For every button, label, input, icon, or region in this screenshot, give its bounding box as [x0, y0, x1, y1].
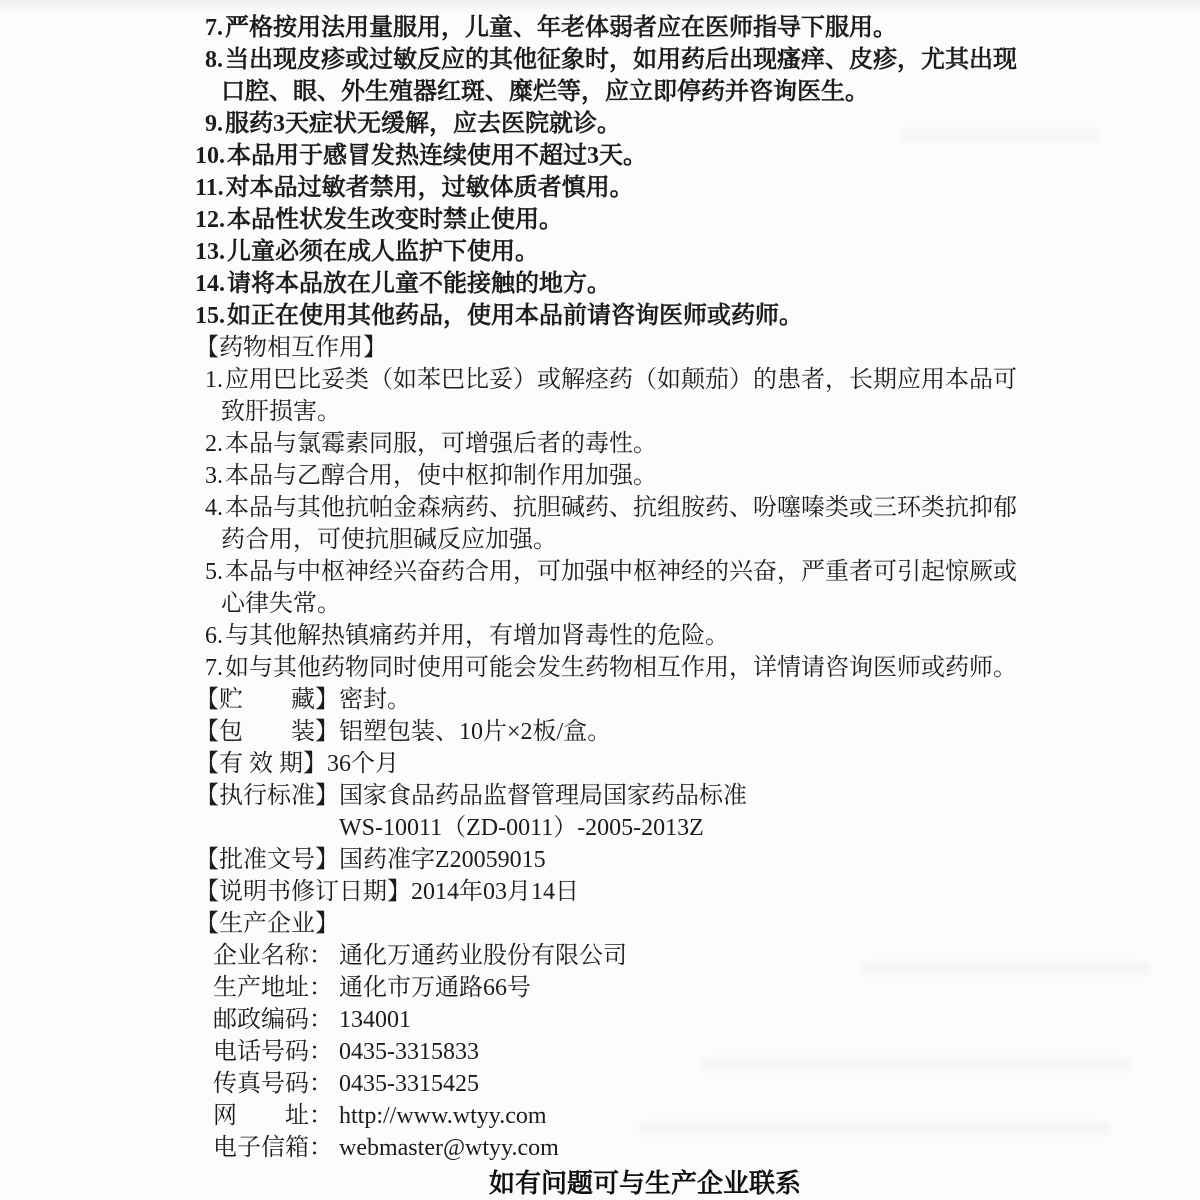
item-text: 如与其他药物同时使用可能会发生药物相互作用，详情请咨询医师或药师。 — [225, 655, 1017, 681]
row-label: 生产地址： — [213, 972, 339, 1004]
field-label: 【批准文号】 — [195, 844, 339, 876]
row-value: 0435-3315833 — [339, 1036, 1040, 1068]
field-label: 【包 装】 — [195, 716, 339, 748]
field-label: 【执行标准】 — [195, 780, 339, 844]
row-value: http://www.wtyy.com — [339, 1100, 1040, 1132]
leaflet-text-block: 7.严格按用法用量服用，儿童、年老体弱者应在医师指导下服用。 8.当出现皮疹或过… — [195, 12, 1040, 1164]
precaution-item: 15.如正在使用其他药品，使用本品前请咨询医师或药师。 — [195, 300, 1040, 332]
standard-line-1: 国家食品药品监督管理局国家药品标准 — [339, 780, 1040, 812]
manufacturer-header: 【生产企业】 — [195, 908, 1040, 940]
row-value: 134001 — [339, 1004, 1040, 1036]
item-number: 14. — [195, 268, 227, 300]
executive-standard-field: 【执行标准】 国家食品药品监督管理局国家药品标准 WS-10011（ZD-001… — [195, 780, 1040, 844]
precaution-item: 14.请将本品放在儿童不能接触的地方。 — [195, 268, 1040, 300]
row-value: 0435-3315425 — [339, 1068, 1040, 1100]
precaution-item: 13.儿童必须在成人监护下使用。 — [195, 236, 1040, 268]
item-text: 当出现皮疹或过敏反应的其他征象时，如用药后出现瘙痒、皮疹，尤其出现口腔、眼、外生… — [221, 47, 1017, 105]
website-row: 网 址：http://www.wtyy.com — [213, 1100, 1040, 1132]
interaction-item: 4.本品与其他抗帕金森病药、抗胆碱药、抗组胺药、吩噻嗪类或三环类抗抑郁药合用，可… — [195, 492, 1040, 556]
field-label: 【说明书修订日期】 — [195, 876, 411, 908]
fax-row: 传真号码：0435-3315425 — [213, 1068, 1040, 1100]
row-label: 电话号码： — [213, 1036, 339, 1068]
field-value: 密封。 — [339, 684, 1040, 716]
email-row: 电子信箱：webmaster@wtyy.com — [213, 1132, 1040, 1164]
item-text: 本品与乙醇合用，使中枢抑制作用加强。 — [225, 463, 657, 489]
item-text: 本品用于感冒发热连续使用不超过3天。 — [227, 143, 647, 169]
item-number: 1. — [195, 364, 225, 396]
postcode-row: 邮政编码：134001 — [213, 1004, 1040, 1036]
item-number: 10. — [195, 140, 227, 172]
field-value: 铝塑包装、10片×2板/盒。 — [339, 716, 1040, 748]
item-text: 儿童必须在成人监护下使用。 — [227, 239, 539, 265]
phone-row: 电话号码：0435-3315833 — [213, 1036, 1040, 1068]
interaction-item: 7.如与其他药物同时使用可能会发生药物相互作用，详情请咨询医师或药师。 — [195, 652, 1040, 684]
interaction-item: 2.本品与氯霉素同服，可增强后者的毒性。 — [195, 428, 1040, 460]
row-label: 电子信箱： — [213, 1132, 339, 1164]
revision-date-field: 【说明书修订日期】 2014年03月14日 — [195, 876, 1040, 908]
precaution-item: 8.当出现皮疹或过敏反应的其他征象时，如用药后出现瘙痒、皮疹，尤其出现口腔、眼、… — [195, 44, 1040, 108]
item-number: 11. — [195, 172, 226, 204]
item-text: 本品与其他抗帕金森病药、抗胆碱药、抗组胺药、吩噻嗪类或三环类抗抑郁药合用，可使抗… — [221, 495, 1017, 553]
precaution-item: 11.对本品过敏者禁用，过敏体质者慎用。 — [195, 172, 1040, 204]
item-text: 严格按用法用量服用，儿童、年老体弱者应在医师指导下服用。 — [225, 15, 897, 41]
validity-period-field: 【有 效 期】 36个月 — [195, 748, 1040, 780]
contact-note-footer: 如有问题可与生产企业联系 — [90, 1163, 1200, 1200]
field-label: 【有 效 期】 — [195, 748, 327, 780]
drug-interactions-list: 1.应用巴比妥类（如苯巴比妥）或解痉药（如颠茄）的患者，长期应用本品可致肝损害。… — [195, 364, 1040, 684]
item-number: 5. — [195, 556, 225, 588]
item-text: 请将本品放在儿童不能接触的地方。 — [227, 271, 611, 297]
precaution-item: 7.严格按用法用量服用，儿童、年老体弱者应在医师指导下服用。 — [195, 12, 1040, 44]
row-label: 网 址： — [213, 1100, 339, 1132]
item-number: 7. — [195, 12, 225, 44]
field-value: 国药准字Z20059015 — [339, 844, 1040, 876]
item-text: 应用巴比妥类（如苯巴比妥）或解痉药（如颠茄）的患者，长期应用本品可致肝损害。 — [221, 367, 1017, 425]
item-number: 7. — [195, 652, 225, 684]
item-number: 6. — [195, 620, 225, 652]
field-value: 国家食品药品监督管理局国家药品标准 WS-10011（ZD-0011）-2005… — [339, 780, 1040, 844]
item-number: 4. — [195, 492, 225, 524]
drug-leaflet-page: 7.严格按用法用量服用，儿童、年老体弱者应在医师指导下服用。 8.当出现皮疹或过… — [0, 0, 1200, 1200]
interaction-item: 1.应用巴比妥类（如苯巴比妥）或解痉药（如颠茄）的患者，长期应用本品可致肝损害。 — [195, 364, 1040, 428]
row-label: 企业名称： — [213, 940, 339, 972]
interaction-item: 5.本品与中枢神经兴奋药合用，可加强中枢神经的兴奋，严重者可引起惊厥或心律失常。 — [195, 556, 1040, 620]
storage-field: 【贮 藏】 密封。 — [195, 684, 1040, 716]
item-number: 15. — [195, 300, 227, 332]
item-text: 本品与氯霉素同服，可增强后者的毒性。 — [225, 431, 657, 457]
field-value: 36个月 — [327, 748, 1040, 780]
field-label: 【贮 藏】 — [195, 684, 339, 716]
manufacturer-info: 企业名称：通化万通药业股份有限公司 生产地址：通化市万通路66号 邮政编码：13… — [195, 940, 1040, 1164]
field-value: 2014年03月14日 — [411, 876, 1040, 908]
drug-interactions-header: 【药物相互作用】 — [195, 332, 1040, 364]
item-text: 本品性状发生改变时禁止使用。 — [227, 207, 563, 233]
row-value: webmaster@wtyy.com — [339, 1132, 1040, 1164]
interaction-item: 3.本品与乙醇合用，使中枢抑制作用加强。 — [195, 460, 1040, 492]
approval-number-field: 【批准文号】 国药准字Z20059015 — [195, 844, 1040, 876]
interaction-item: 6.与其他解热镇痛药并用，有增加肾毒性的危险。 — [195, 620, 1040, 652]
item-number: 8. — [195, 44, 225, 76]
precautions-list: 7.严格按用法用量服用，儿童、年老体弱者应在医师指导下服用。 8.当出现皮疹或过… — [195, 12, 1040, 332]
row-value: 通化市万通路66号 — [339, 972, 1040, 1004]
precaution-item: 12.本品性状发生改变时禁止使用。 — [195, 204, 1040, 236]
row-label: 邮政编码： — [213, 1004, 339, 1036]
item-text: 服药3天症状无缓解，应去医院就诊。 — [225, 111, 621, 137]
item-text: 如正在使用其他药品，使用本品前请咨询医师或药师。 — [227, 303, 803, 329]
address-row: 生产地址：通化市万通路66号 — [213, 972, 1040, 1004]
item-number: 3. — [195, 460, 225, 492]
item-text: 对本品过敏者禁用，过敏体质者慎用。 — [226, 175, 634, 201]
standard-line-2: WS-10011（ZD-0011）-2005-2013Z — [339, 812, 1040, 844]
precaution-item: 10.本品用于感冒发热连续使用不超过3天。 — [195, 140, 1040, 172]
item-number: 12. — [195, 204, 227, 236]
row-value: 通化万通药业股份有限公司 — [339, 940, 1040, 972]
item-number: 13. — [195, 236, 227, 268]
item-number: 9. — [195, 108, 225, 140]
packaging-field: 【包 装】 铝塑包装、10片×2板/盒。 — [195, 716, 1040, 748]
item-text: 与其他解热镇痛药并用，有增加肾毒性的危险。 — [225, 623, 729, 649]
company-name-row: 企业名称：通化万通药业股份有限公司 — [213, 940, 1040, 972]
item-text: 本品与中枢神经兴奋药合用，可加强中枢神经的兴奋，严重者可引起惊厥或心律失常。 — [221, 559, 1017, 617]
precaution-item: 9.服药3天症状无缓解，应去医院就诊。 — [195, 108, 1040, 140]
item-number: 2. — [195, 428, 225, 460]
row-label: 传真号码： — [213, 1068, 339, 1100]
